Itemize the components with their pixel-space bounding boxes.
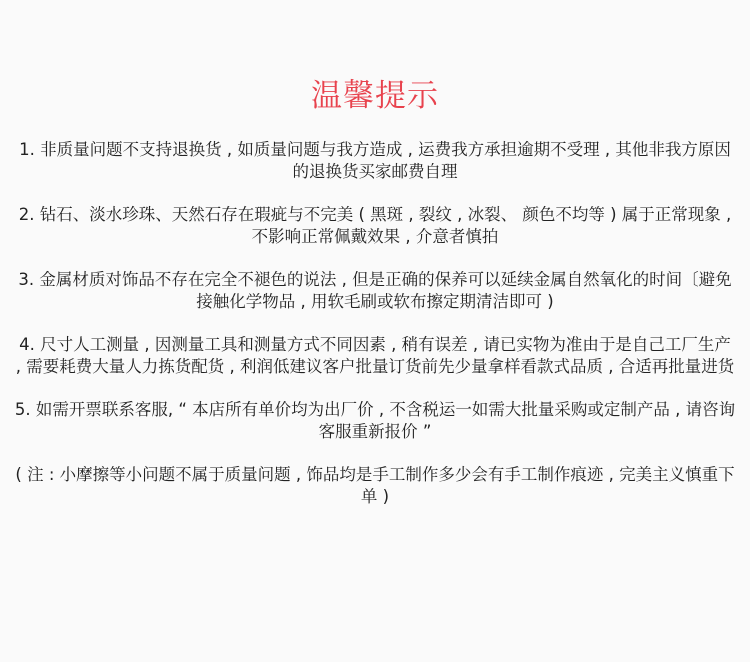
notice-item-2: 2. 钻石、淡水珍珠、天然石存在瑕疵与不完美 ( 黑斑 , 裂纹 , 冰裂、 颜…: [14, 204, 736, 248]
notice-title: 温馨提示: [0, 76, 750, 116]
notice-list: 1. 非质量问题不支持退换货 , 如质量问题与我方造成 , 运费我方承担逾期不受…: [14, 139, 736, 529]
notice-item-4: 4. 尺寸人工测量 , 因测量工具和测量方式不同因素 , 稍有误差 , 请已实物…: [14, 334, 736, 378]
notice-footnote: ( 注 : 小摩擦等小问题不属于质量问题 , 饰品均是手工制作多少会有手工制作痕…: [14, 464, 736, 508]
notice-item-3: 3. 金属材质对饰品不存在完全不褪色的说法 , 但是正确的保养可以延续金属自然氧…: [14, 269, 736, 313]
notice-item-5: 5. 如需开票联系客服, “ 本店所有单价均为出厂价 , 不含税运一如需大批量采…: [14, 399, 736, 443]
notice-item-1: 1. 非质量问题不支持退换货 , 如质量问题与我方造成 , 运费我方承担逾期不受…: [14, 139, 736, 183]
notice-page: 温馨提示 1. 非质量问题不支持退换货 , 如质量问题与我方造成 , 运费我方承…: [0, 0, 750, 662]
